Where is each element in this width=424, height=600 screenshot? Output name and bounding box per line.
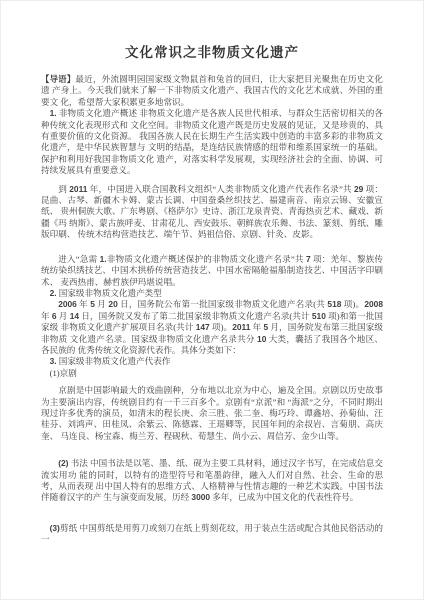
paragraph-lead: 【导语】最近，外流圆明园国家级文物鼠首和兔首的回归，让大家把目光聚焦在历史文化遗… <box>41 74 383 108</box>
text-run: 国家级非物质文化遗产类型 <box>57 288 162 298</box>
text-run: 到 <box>58 184 69 194</box>
text-run: 京剧是中国影响最大的戏曲剧种，分布地以北京为中心，遍及全国。京剧以历史故事为主要… <box>41 385 383 441</box>
text-run: 年，中国进入联合国教科文组织“人类非物质文化遗产代表作名录”共 <box>87 184 354 194</box>
text-run: 年 <box>77 299 90 309</box>
document-body: 【导语】最近，外流圆明园国家级文物鼠首和兔首的回归，让大家把目光聚焦在历史文化遗… <box>41 74 383 546</box>
text-run: 日，国务院公布第一批国家级非物质文化遗产名录(共 <box>118 299 328 309</box>
paragraph-peking-opera: 京剧是中国影响最大的戏曲剧种，分布地以北京为中心，遍及全国。京剧以历史故事为主要… <box>41 385 383 442</box>
text-run: 进入“急需 <box>58 254 99 264</box>
text-run: 年 <box>41 311 52 321</box>
text-run: 月 <box>57 311 70 321</box>
paragraph-urgent-safeguarding-list: 进入“急需 1.非物质文化遗产概述保护的非物质文化遗产名录”共 7 项：羌年、黎… <box>41 254 383 288</box>
text-run: (1)京剧 <box>50 368 77 378</box>
text-run-bold: (2) <box>58 458 68 468</box>
paragraph-section-1-overview: 1. 非物质文化遗产概述 非物质文化遗产是各族人民世代相承、与群众生活密切相关的… <box>41 108 383 176</box>
text-run: 剪纸 中国剪纸是用剪刀或刻刀在纸上剪刻花纹，用于装点生活或配合其他民俗活动的一 <box>41 523 383 544</box>
text-run-bold: 3000 <box>191 492 210 502</box>
text-run: 国家级非物质文化遗产代表作 <box>57 356 171 366</box>
paragraph-unesco-list: 到 2011 年，中国进入联合国教科文组织“人类非物质文化遗产代表作名录”共 2… <box>41 184 383 241</box>
text-run-bold: 2011 <box>69 184 87 194</box>
text-run-bold: 10 <box>257 334 266 344</box>
text-run-bold: 14 <box>70 311 79 321</box>
text-run: 非物质文化遗产概述保护的非物质文化遗产名录”共 <box>107 254 306 264</box>
text-run-bold: 518 <box>327 299 341 309</box>
text-run-bold: 29 <box>354 184 363 194</box>
text-run-bold: 1. <box>100 254 107 264</box>
document-page: 文化常识之非物质文化遗产 【导语】最近，外流圆明园国家级文物鼠首和兔首的回归，让… <box>0 0 424 600</box>
text-run-bold: 3. <box>50 356 57 366</box>
text-run-bold: 20 <box>108 299 117 309</box>
text-run-bold: 1. <box>50 108 57 118</box>
paragraph-national-list: 2006 年 5 月 20 日，国务院公布第一批国家级非物质文化遗产名录(共 5… <box>41 299 383 356</box>
text-run-bold: 【导语】 <box>41 74 75 84</box>
document-title: 文化常识之非物质文化遗产 <box>41 41 383 61</box>
text-run: 非物质文化遗产概述 非物质文化遗产是各族人民世代相承、与群众生活密切相关的各种传… <box>41 108 383 175</box>
paragraph-papercutting: (3)剪纸 中国剪纸是用剪刀或刻刀在纸上剪刻花纹，用于装点生活或配合其他民俗活动… <box>41 523 383 546</box>
paragraph-item-1-heading: (1)京剧 <box>41 368 383 379</box>
text-run: 项)。 <box>210 322 233 332</box>
text-run-bold: 2. <box>50 288 57 298</box>
text-run-bold: 2006 <box>58 299 77 309</box>
paragraph-calligraphy: (2) 书法 中国书法是以笔、墨、纸、砚为主要工具材料，通过汉字书写，在完成信息… <box>41 458 383 504</box>
text-run: 日，国务院又发布了第二批国家级非物质文化遗产名录(共计 <box>79 311 312 321</box>
text-run: 月 <box>95 299 108 309</box>
text-run-bold: 510 <box>312 311 326 321</box>
text-run-bold: 2008 <box>364 299 383 309</box>
text-run-bold: (3) <box>50 523 60 533</box>
paragraph-section-3-heading: 3. 国家级非物质文化遗产代表作 <box>41 356 383 367</box>
text-run: 多年，已成为中国文化的代表性符号。 <box>210 492 358 502</box>
text-run: 项)。 <box>341 299 364 309</box>
text-run-bold: 147 <box>196 322 210 332</box>
text-run: 最近，外流圆明园国家级文物鼠首和兔首的回归，让大家把目光聚焦在历史文化遗 产身上… <box>41 74 383 107</box>
text-run: 年 <box>250 322 263 332</box>
paragraph-section-2-heading: 2. 国家级非物质文化遗产类型 <box>41 288 383 299</box>
text-run-bold: 2011 <box>232 322 250 332</box>
